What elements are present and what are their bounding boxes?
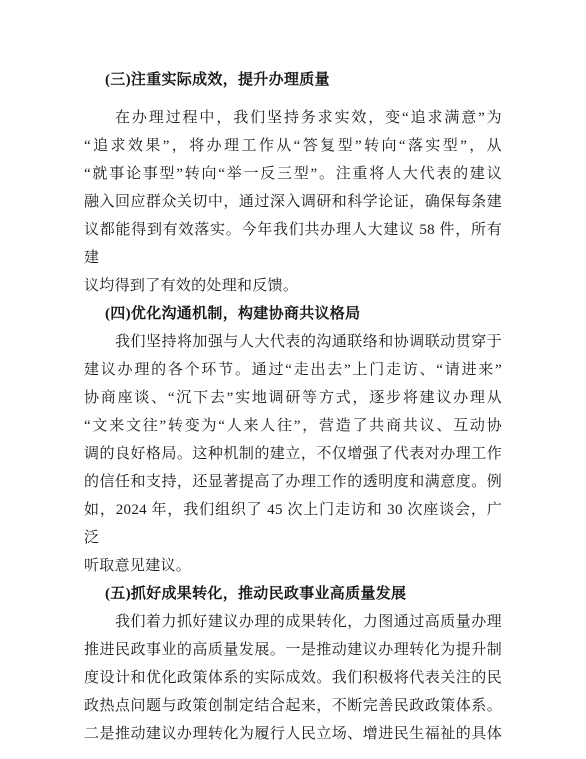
text-line: 议都能得到有效落实。今年我们共办理人大建议 58 件，所有建 <box>84 216 502 272</box>
text-line: 调的良好格局。这种机制的建立，不仅增强了代表对办理工作 <box>84 440 502 468</box>
text-line: 政热点问题与政策创制定结合起来，不断完善民政政策体系。 <box>84 692 502 720</box>
section-heading: (三)注重实际成效，提升办理质量 <box>84 66 502 94</box>
paragraph: 在办理过程中，我们坚持务求实效，变“追求满意”为“追求效果”，将办理工作从“答复… <box>84 104 502 300</box>
document-page: (三)注重实际成效，提升办理质量在办理过程中，我们坚持务求实效，变“追求满意”为… <box>0 0 586 759</box>
text-line: 在办理过程中，我们坚持务求实效，变“追求满意”为 <box>84 104 502 132</box>
document-section: (四)优化沟通机制，构建协商共议格局我们坚持将加强与人大代表的沟通联络和协调联动… <box>84 300 502 580</box>
text-line: 建议办理的各个环节。通过“走出去”上门走访、“请进来” <box>84 356 502 384</box>
text-line: 推进民政事业的高质量发展。一是推动建议办理转化为提升制 <box>84 636 502 664</box>
text-line: 我们坚持将加强与人大代表的沟通联络和协调联动贯穿于 <box>84 328 502 356</box>
text-line: 的信任和支持，还显著提高了办理工作的透明度和满意度。例 <box>84 468 502 496</box>
text-line: 度设计和优化政策体系的实际成效。我们积极将代表关注的民 <box>84 664 502 692</box>
text-line: 听取意见建议。 <box>84 552 502 580</box>
paragraph: 我们坚持将加强与人大代表的沟通联络和协调联动贯穿于建议办理的各个环节。通过“走出… <box>84 328 502 580</box>
text-line: 融入回应群众关切中，通过深入调研和科学论证，确保每条建 <box>84 188 502 216</box>
text-line: “就事论事型”转向“举一反三型”。注重将人大代表的建议 <box>84 160 502 188</box>
document-section: (三)注重实际成效，提升办理质量在办理过程中，我们坚持务求实效，变“追求满意”为… <box>84 66 502 300</box>
text-line: “追求效果”，将办理工作从“答复型”转向“落实型”，从 <box>84 132 502 160</box>
text-line: 二是推动建议办理转化为履行人民立场、增进民生福祉的具体 <box>84 720 502 748</box>
text-line: 议均得到了有效的处理和反馈。 <box>84 272 502 300</box>
document-content: (三)注重实际成效，提升办理质量在办理过程中，我们坚持务求实效，变“追求满意”为… <box>84 66 502 748</box>
section-heading: (五)抓好成果转化，推动民政事业高质量发展 <box>84 580 502 608</box>
text-line: 如，2024 年，我们组织了 45 次上门走访和 30 次座谈会，广泛 <box>84 496 502 552</box>
section-heading: (四)优化沟通机制，构建协商共议格局 <box>84 300 502 328</box>
text-line: 我们着力抓好建议办理的成果转化，力图通过高质量办理 <box>84 608 502 636</box>
text-line: “文来文往”转变为“人来人往”，营造了共商共议、互动协 <box>84 412 502 440</box>
document-section: (五)抓好成果转化，推动民政事业高质量发展我们着力抓好建议办理的成果转化，力图通… <box>84 580 502 748</box>
text-line: 协商座谈、“沉下去”实地调研等方式，逐步将建议办理从 <box>84 384 502 412</box>
paragraph: 我们着力抓好建议办理的成果转化，力图通过高质量办理推进民政事业的高质量发展。一是… <box>84 608 502 748</box>
